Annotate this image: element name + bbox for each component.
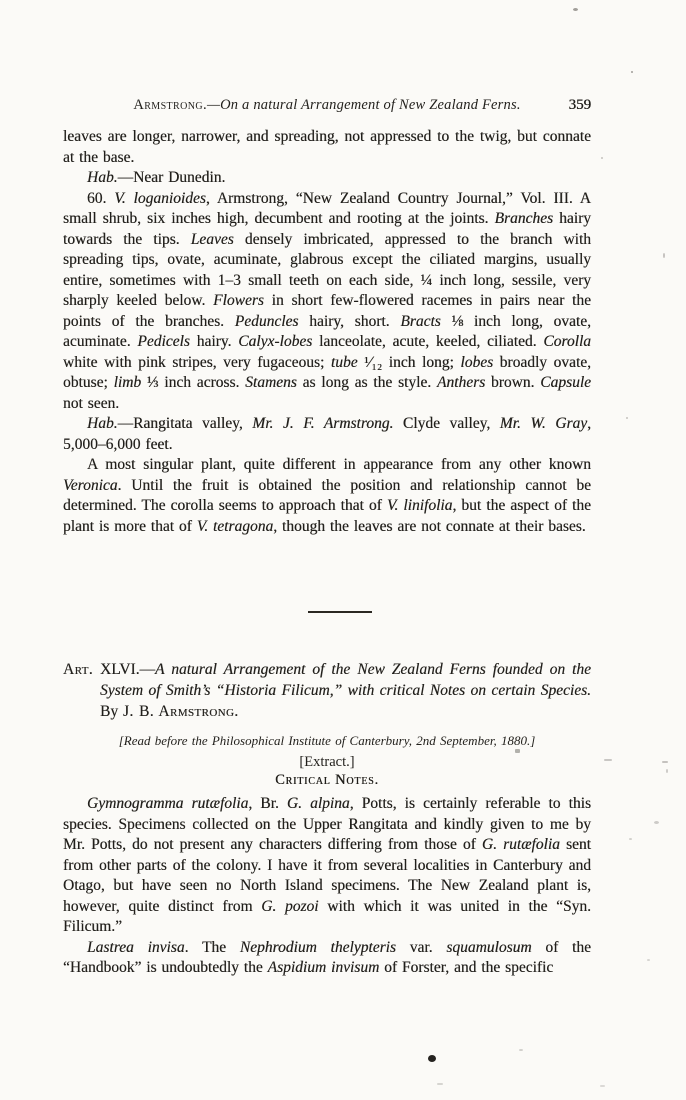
- text-run: Capsule: [540, 374, 591, 391]
- text-run: A natural Arrangement of the New Zealand…: [100, 661, 591, 699]
- text-run: Pedicels: [137, 333, 190, 350]
- text-run: —Rangitata valley,: [118, 415, 253, 432]
- text-run: tube: [331, 354, 358, 371]
- scan-speck: [519, 1049, 523, 1051]
- text-run: Aspidium invisum: [268, 959, 380, 976]
- text-run: leaves are longer, narrower, and spreadi…: [63, 128, 591, 166]
- text-run: , Br.: [248, 795, 287, 812]
- paragraph: Hab.—Rangitata valley, Mr. J. F. Armstro…: [63, 414, 591, 455]
- text-run: not seen.: [63, 395, 119, 412]
- text-run: Branches: [495, 210, 554, 227]
- paragraph: 60. V. loganioides, Armstrong, “New Zeal…: [63, 189, 591, 415]
- text-run: , though the leaves are not connate at t…: [273, 518, 585, 535]
- scan-speck: [629, 838, 632, 840]
- running-header-author: Armstrong.: [133, 97, 207, 113]
- scan-speck: [601, 157, 603, 159]
- text-run: Nephrodium thelypteris: [240, 939, 396, 956]
- text-run: lobes: [460, 354, 493, 371]
- scan-speck: [647, 959, 650, 961]
- body-text-lower: Gymnogramma rutæfolia, Br. G. alpina, Po…: [63, 794, 591, 979]
- text-run: G. pozoi: [261, 898, 318, 915]
- text-run: Stamens: [245, 374, 297, 391]
- paragraph: leaves are longer, narrower, and spreadi…: [63, 127, 591, 168]
- text-run: ¹⁄₁₂ inch long;: [358, 354, 461, 371]
- text-run: Hab.: [87, 415, 118, 432]
- scan-speck: [600, 1085, 605, 1087]
- scan-speck: [573, 8, 578, 11]
- text-run: By: [100, 703, 123, 720]
- text-run: Mr. W. Gray: [500, 415, 587, 432]
- text-run: Flowers: [213, 292, 264, 309]
- page-number: 359: [569, 97, 592, 114]
- text-run: brown.: [485, 374, 540, 391]
- scan-speck: [663, 253, 665, 258]
- read-before-line: [Read before the Philosophical Institute…: [63, 733, 591, 749]
- text-run: white with pink stripes, very fugaceous;: [63, 354, 331, 371]
- text-run: Corolla: [543, 333, 591, 350]
- running-header: Armstrong.—On a natural Arrangement of N…: [63, 97, 591, 115]
- text-run: of Forster, and the specific: [379, 959, 553, 976]
- scan-speck: [631, 71, 633, 73]
- article-heading: Art. XLVI.—A natural Arrangement of the …: [63, 659, 591, 722]
- text-run: var.: [396, 939, 446, 956]
- text-run: Clyde valley,: [393, 415, 499, 432]
- section-title: Critical Notes.: [63, 772, 591, 789]
- text-run: Bracts: [400, 313, 440, 330]
- text-run: Art.: [63, 661, 93, 678]
- text-run: J. B. Armstrong.: [123, 703, 239, 720]
- running-header-title: Armstrong.—On a natural Arrangement of N…: [63, 97, 591, 114]
- text-run: limb: [114, 374, 142, 391]
- divider-rule: [308, 611, 372, 613]
- scanned-page: Armstrong.—On a natural Arrangement of N…: [0, 0, 686, 1100]
- text-run: Mr. J. F. Armstrong.: [252, 415, 393, 432]
- text-run: ⅓ inch across.: [141, 374, 245, 391]
- paragraph: Art. XLVI.—A natural Arrangement of the …: [63, 659, 591, 722]
- extract-label: [Extract.]: [63, 754, 591, 771]
- paragraph: A most singular plant, quite different i…: [63, 455, 591, 537]
- scan-speck: [626, 417, 628, 419]
- text-run: Hab.: [87, 169, 118, 186]
- text-run: Veronica: [63, 477, 118, 494]
- text-run: Lastrea invisa: [87, 939, 185, 956]
- scan-speck: [662, 761, 668, 763]
- text-run: 60.: [87, 190, 114, 207]
- text-run: XLVI.—: [93, 661, 155, 678]
- text-run: Peduncles: [235, 313, 299, 330]
- scan-speck: [428, 1055, 436, 1062]
- text-run: Gymnogramma rutæfolia: [87, 795, 248, 812]
- text-run: —Near Dunedin.: [118, 169, 226, 186]
- scan-speck: [666, 769, 668, 773]
- paragraph: Hab.—Near Dunedin.: [63, 168, 591, 189]
- paragraph: Gymnogramma rutæfolia, Br. G. alpina, Po…: [63, 794, 591, 938]
- text-run: Leaves: [191, 231, 234, 248]
- body-text-upper: leaves are longer, narrower, and spreadi…: [63, 127, 591, 537]
- text-run: hairy.: [190, 333, 238, 350]
- text-run: Anthers: [437, 374, 485, 391]
- text-run: V. loganioides: [114, 190, 206, 207]
- text-run: G. rutæfolia: [482, 836, 560, 853]
- text-run: G. alpina: [287, 795, 350, 812]
- text-run: Calyx-lobes: [238, 333, 312, 350]
- scan-speck: [515, 749, 520, 753]
- running-header-article: —On a natural Arrangement of New Zealand…: [207, 97, 521, 113]
- text-run: V. tetragona: [197, 518, 274, 535]
- text-run: V. linifolia: [387, 497, 453, 514]
- text-run: as long as the style.: [297, 374, 437, 391]
- scan-speck: [654, 821, 659, 824]
- text-run: A most singular plant, quite different i…: [87, 456, 591, 473]
- text-run: squamulosum: [446, 939, 531, 956]
- text-run: . The: [185, 939, 240, 956]
- scan-speck: [437, 1083, 443, 1085]
- scan-speck: [604, 759, 612, 761]
- paragraph: Lastrea invisa. The Nephrodium thelypter…: [63, 938, 591, 979]
- section-divider: [63, 611, 591, 613]
- text-run: hairy, short.: [298, 313, 400, 330]
- text-run: lanceolate, acute, keeled, ciliated.: [312, 333, 543, 350]
